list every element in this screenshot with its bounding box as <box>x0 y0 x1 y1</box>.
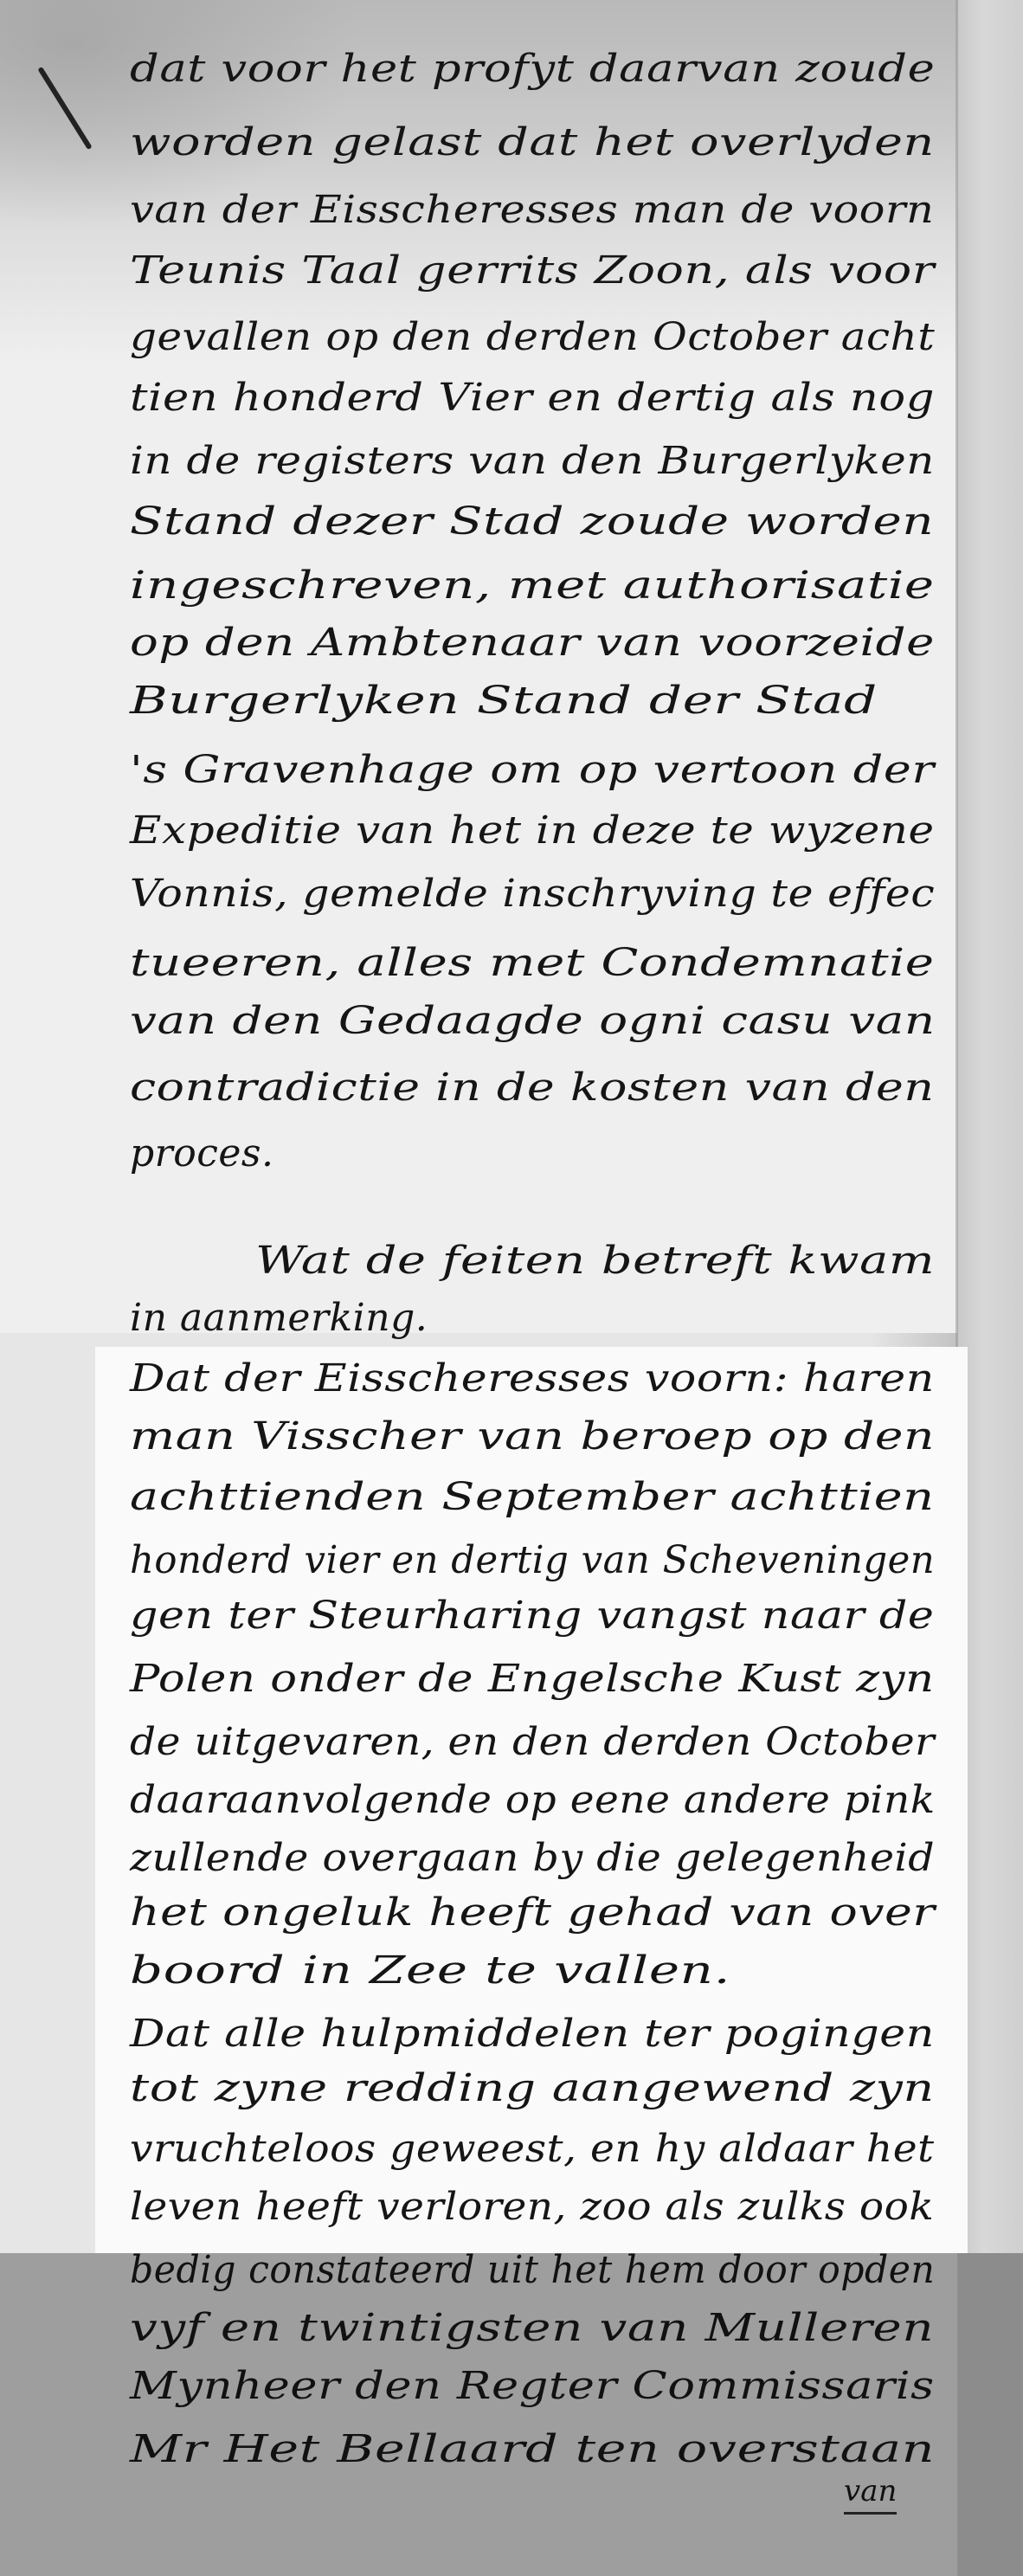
highlighted-text-line: Dat der Eisscheresses voorn: haren <box>130 1360 935 1398</box>
text-line: worden gelast dat het overlyden <box>130 124 935 162</box>
highlighted-text-line: het ongeluk heeft gehad van over <box>130 1894 936 1932</box>
text-line: Mynheer den Regter Commissaris <box>130 2367 935 2405</box>
highlighted-text-line: Dat alle hulpmiddelen ter pogingen <box>130 2015 935 2053</box>
text-line: van der Eisscheresses man de voorn <box>130 191 934 229</box>
text-line: van den Gedaagde ogni casu van <box>130 1002 936 1040</box>
text-line: tueeren, alles met Condemnatie <box>130 944 935 982</box>
text-line: Burgerlyken Stand der Stad <box>130 682 878 720</box>
text-line: dat voor het profyt daarvan zoude <box>130 50 935 88</box>
highlighted-text-line: zullende overgaan by die gelegenheid <box>130 1839 935 1877</box>
text-line: in de registers van den Burgerlyken <box>130 442 935 480</box>
highlighted-text-line: honderd vier en dertig van Scheveningen <box>130 1542 935 1580</box>
bottom-shade-region <box>0 2253 1023 2576</box>
highlighted-text-line: leven heeft verloren, zoo als zulks ook <box>130 2188 934 2226</box>
text-line: proces. <box>130 1135 273 1173</box>
text-line: Stand dezer Stad zoude worden <box>130 503 934 541</box>
highlighted-text-line: achttienden September achttien <box>130 1478 935 1517</box>
highlighted-text-line: man Visscher van beroep op den <box>130 1418 935 1456</box>
catchword: van <box>844 2474 897 2515</box>
text-line: gevallen op den derden October acht <box>130 319 935 357</box>
highlighted-text-line: boord in Zee te vallen. <box>130 1952 730 1990</box>
highlighted-text-line: Polen onder de Engelsche Kust zyn <box>130 1660 935 1698</box>
text-line: ingeschreven, met authorisatie <box>130 567 935 605</box>
highlighted-text-line: daaraanvolgende op eene andere pink <box>130 1781 936 1819</box>
text-line: Expeditie van het in deze te wyzene <box>130 812 935 850</box>
document-page: dat voor het profyt daarvan zoude worden… <box>0 0 1023 2576</box>
text-line: contradictie in de kosten van den <box>130 1069 935 1107</box>
bottom-right-strip <box>957 2253 1023 2576</box>
text-line: Vonnis, gemelde inschryving te effec <box>130 875 935 913</box>
section-heading-line: Wat de feiten betreft kwam <box>255 1242 935 1280</box>
highlighted-text-line: gen ter Steurharing vangst naar de <box>130 1597 934 1635</box>
highlighted-text-line: tot zyne redding aangewend zyn <box>130 2070 935 2108</box>
highlighted-text-line: vruchteloos geweest, en hy aldaar het <box>130 2130 935 2168</box>
highlighted-text-line: de uitgevaren, en den derden October <box>130 1723 935 1761</box>
text-line: bedig constateerd uit het hem door opden <box>130 2251 935 2289</box>
text-line: Mr Het Bellaard ten overstaan <box>130 2431 935 2469</box>
text-line: vyf en twintigsten van Mulleren <box>130 2309 934 2347</box>
text-line: in aanmerking. <box>130 1299 428 1337</box>
text-line: Teunis Taal gerrits Zoon, als voor <box>130 252 935 290</box>
text-line: 's Gravenhage om op vertoon der <box>130 751 935 789</box>
text-line: op den Ambtenaar van voorzeide <box>130 624 935 662</box>
text-line: tien honderd Vier en dertig als nog <box>130 379 935 417</box>
